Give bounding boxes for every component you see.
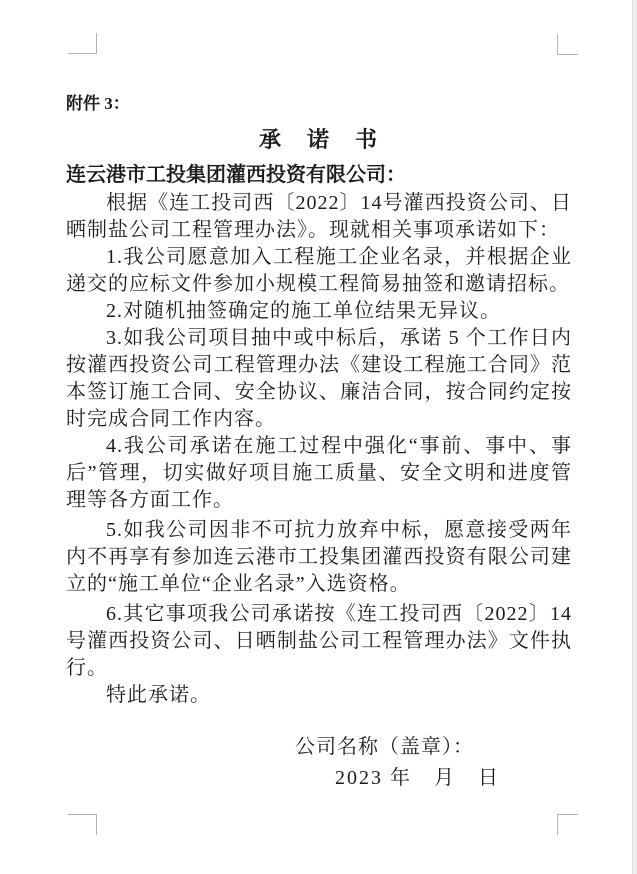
paragraph-item-5: 5.如我公司因非不可抗力放弃中标，愿意接受两年内不再享有参加连云港市工投集团灌西…: [66, 517, 572, 598]
paragraph-intro: 根据《连工投司西〔2022〕14号灌西投资公司、日晒制盐公司工程管理办法》。现就…: [66, 190, 572, 244]
document-page: 附件 3： 承 诺 书 连云港市工投集团灌西投资有限公司： 根据《连工投司西〔2…: [0, 0, 637, 874]
company-seal-line: 公司名称（盖章）：: [295, 733, 572, 761]
paragraph-closing: 特此承诺。: [66, 682, 572, 709]
document-content: 附件 3： 承 诺 书 连云港市工投集团灌西投资有限公司： 根据《连工投司西〔2…: [66, 92, 572, 793]
paragraph-item-4: 4.我公司承诺在施工过程中强化“事前、事中、事后”管理，切实做好项目施工质量、安…: [66, 433, 572, 514]
paragraph-item-1: 1.我公司愿意加入工程施工企业名录，并根据企业递交的应标文件参加小规模工程简易抽…: [66, 244, 572, 298]
paragraph-item-6: 6.其它事项我公司承诺按《连工投司西〔2022〕14 号灌西投资公司、日晒制盐公…: [66, 601, 572, 682]
crop-mark-bottom-right: [557, 814, 578, 835]
paragraph-item-3: 3.如我公司项目抽中或中标后，承诺 5 个工作日内按灌西投资公司工程管理办法《建…: [66, 325, 572, 433]
page-title: 承 诺 书: [66, 125, 572, 155]
paragraph-item-2: 2.对随机抽签确定的施工单位结果无异议。: [66, 298, 572, 325]
addressee-line: 连云港市工投集团灌西投资有限公司：: [66, 161, 572, 189]
crop-mark-top-left: [68, 33, 97, 54]
attachment-label: 附件 3：: [66, 92, 572, 116]
signature-block: 公司名称（盖章）： 2023 年 月 日: [66, 733, 572, 793]
crop-mark-bottom-left: [68, 814, 97, 835]
page-edge-strip: [632, 0, 637, 874]
date-line: 2023 年 月 日: [335, 763, 572, 793]
crop-mark-top-right: [557, 34, 578, 55]
